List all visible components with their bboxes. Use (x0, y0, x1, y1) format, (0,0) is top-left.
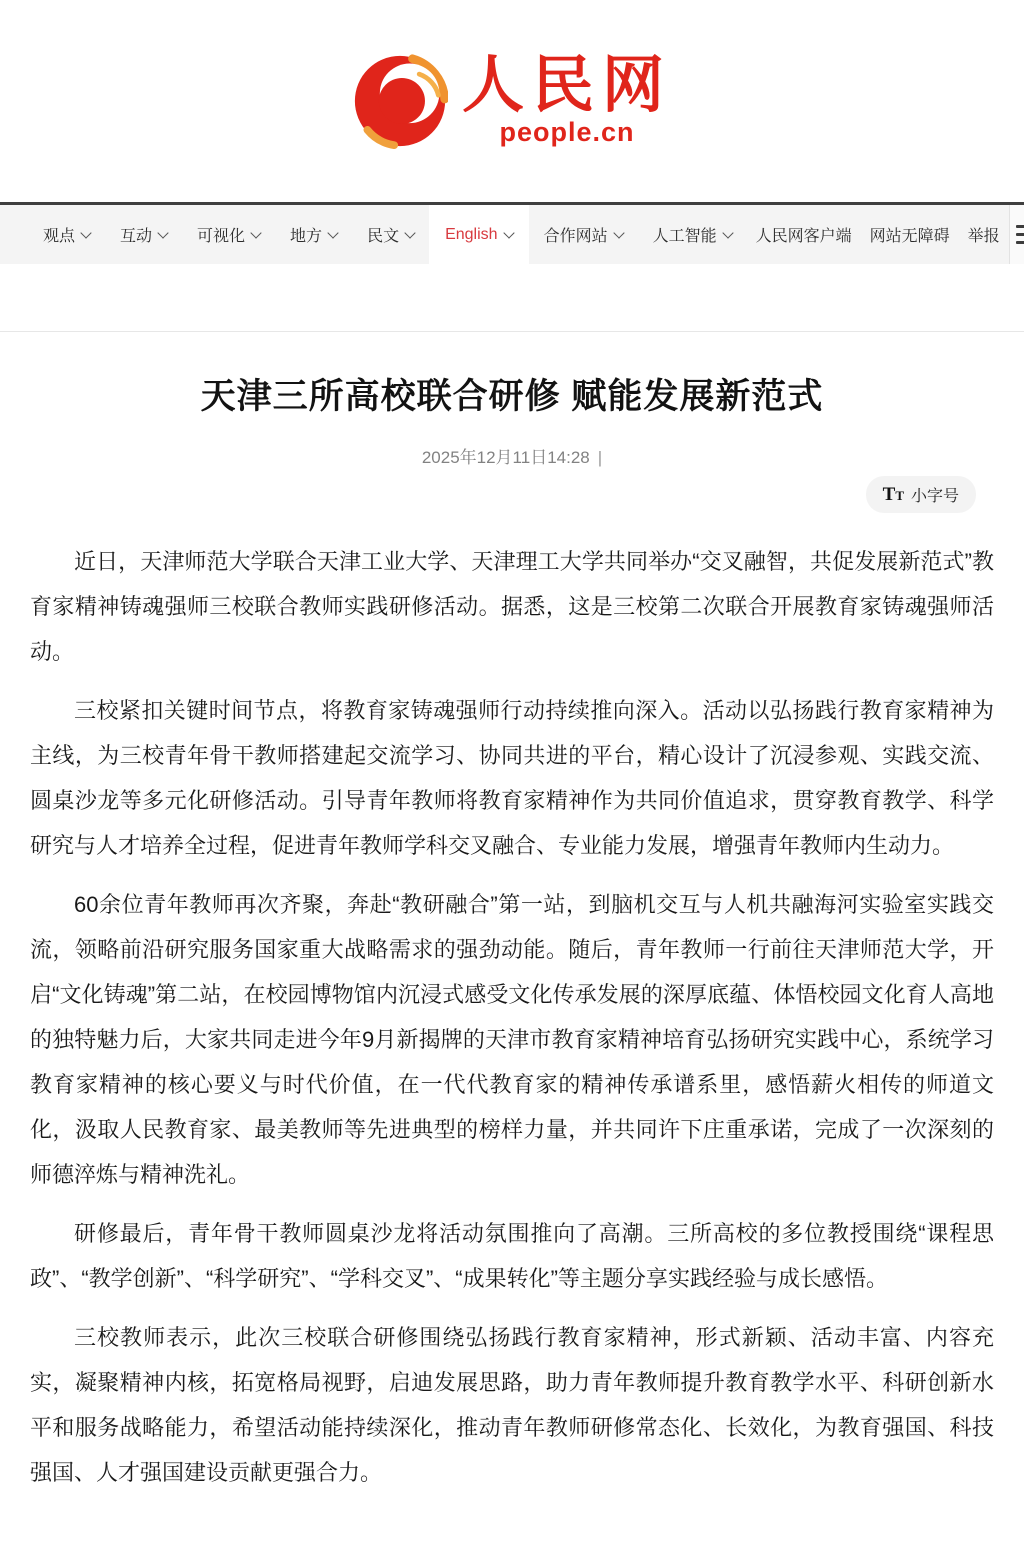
logo-latin-text: people.cn (499, 117, 634, 148)
chevron-down-icon (250, 227, 261, 238)
article-paragraph-5: 三校教师表示，此次三校联合研修围绕弘扬践行教育家精神，形式新颖、活动丰富、内容充… (30, 1315, 994, 1495)
article-page: 天津三所高校联合研修 赋能发展新范式 2025年12月11日14:28| TT … (0, 331, 1024, 1495)
nav-item-label: English (445, 226, 497, 244)
nav-item-label: 人工智能 (653, 223, 717, 246)
article-paragraph-2: 三校紧扣关键时间节点，将教育家铸魂强师行动持续推向深入。活动以弘扬践行教育家精神… (30, 688, 994, 868)
nav-item-label: 观点 (43, 223, 75, 246)
article-title: 天津三所高校联合研修 赋能发展新范式 (0, 372, 1024, 421)
people-cn-logo[interactable]: 人民网 people.cn (352, 53, 672, 149)
chevron-down-icon (722, 227, 733, 238)
font-size-icon: TT (883, 485, 904, 504)
nav-list: 观点互动可视化地方民文English合作网站人工智能人民网客户端网站无障碍举报 (0, 205, 1009, 264)
article-toolbar: TT 小字号 (0, 476, 1024, 513)
nav-item-label: 互动 (120, 223, 152, 246)
nav-item-label: 地方 (290, 223, 322, 246)
chevron-down-icon (404, 227, 415, 238)
nav-item-label: 合作网站 (544, 223, 608, 246)
chevron-down-icon (80, 227, 91, 238)
nav-item-8[interactable]: 人工智能 (638, 205, 747, 264)
nav-item-label: 可视化 (197, 223, 245, 246)
hamburger-menu-button[interactable] (1009, 205, 1024, 264)
nav-item-label: 民文 (367, 223, 399, 246)
chevron-down-icon (327, 227, 338, 238)
nav-item-7[interactable]: 合作网站 (529, 205, 638, 264)
nav-item-5[interactable]: 民文 (352, 205, 429, 264)
article-paragraph-3: 60余位青年教师再次齐聚，奔赴“教研融合”第一站，到脑机交互与人机共融海河实验室… (30, 882, 994, 1197)
chevron-down-icon (157, 227, 168, 238)
hamburger-icon (1016, 225, 1024, 228)
small-font-size-button[interactable]: TT 小字号 (866, 476, 976, 513)
logo-chinese-text: 人民网 (462, 54, 672, 119)
nav-item-1[interactable]: 观点 (28, 205, 105, 264)
content-top-divider (0, 331, 1024, 332)
people-cn-logo-ball-icon (352, 53, 448, 149)
nav-item-4[interactable]: 地方 (275, 205, 352, 264)
nav-item-label: 人民网客户端 (756, 223, 852, 246)
meta-separator: | (598, 448, 602, 467)
article-body: 近日，天津师范大学联合天津工业大学、天津理工大学共同举办“交叉融智，共促发展新范… (0, 513, 1024, 1495)
nav-item-label: 网站无障碍 (870, 223, 950, 246)
article-paragraph-1: 近日，天津师范大学联合天津工业大学、天津理工大学共同举办“交叉融智，共促发展新范… (30, 539, 994, 674)
nav-item-9[interactable]: 人民网客户端 (747, 205, 861, 264)
nav-item-10[interactable]: 网站无障碍 (861, 205, 959, 264)
article-date: 2025年12月11日14:28 (422, 448, 590, 467)
article-meta: 2025年12月11日14:28| (0, 443, 1024, 468)
nav-item-6[interactable]: English (429, 205, 528, 264)
chevron-down-icon (503, 227, 514, 238)
main-navigation: 观点互动可视化地方民文English合作网站人工智能人民网客户端网站无障碍举报 (0, 202, 1024, 264)
article-paragraph-4: 研修最后，青年骨干教师圆桌沙龙将活动氛围推向了高潮。三所高校的多位教授围绕“课程… (30, 1211, 994, 1301)
nav-item-label: 举报 (968, 223, 1000, 246)
nav-item-2[interactable]: 互动 (105, 205, 182, 264)
nav-item-11[interactable]: 举报 (959, 205, 1009, 264)
chevron-down-icon (613, 227, 624, 238)
nav-item-3[interactable]: 可视化 (182, 205, 275, 264)
font-size-button-label: 小字号 (911, 483, 959, 506)
site-header: 人民网 people.cn (0, 0, 1024, 202)
